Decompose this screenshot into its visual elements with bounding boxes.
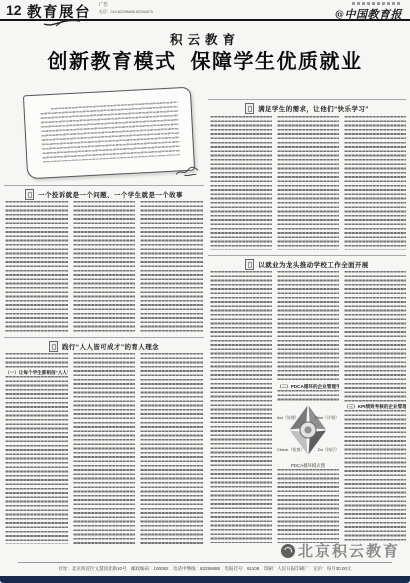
- body-text-block: [73, 201, 136, 333]
- jiyun-logo-icon: [281, 544, 295, 558]
- body-columns-right-2: （二）PDCA循环的企业管理手段 Act（处理） Plan（计划） Check（…: [210, 271, 406, 543]
- body-columns-right-1: [210, 116, 406, 250]
- text-column: [210, 116, 272, 250]
- pdca-caption: PDCA循环模式图: [277, 462, 339, 469]
- text-column: （二）PDCA循环的企业管理手段 Act（处理） Plan（计划） Check（…: [277, 271, 339, 543]
- body-text-block: [210, 271, 272, 543]
- body-text-block: [5, 376, 68, 544]
- brand-logo: @中国教育报: [335, 6, 402, 22]
- pdca-act-label: Act（处理）: [277, 415, 299, 421]
- watermark: 北京积云教育: [281, 540, 400, 561]
- text-column: [140, 353, 203, 544]
- body-columns-left-1: [5, 201, 203, 333]
- section-seal-icon: [245, 259, 254, 270]
- bottom-edge-bar: [0, 576, 410, 583]
- section-seal-icon: [245, 103, 254, 114]
- body-text-block: [277, 271, 339, 383]
- pdca-cycle-diagram: Act（处理） Plan（计划） Check（检查） Do（执行）: [277, 402, 339, 462]
- body-text-block: [277, 390, 339, 402]
- letter-photo: [23, 87, 195, 180]
- underline-swoosh-icon: [42, 16, 82, 28]
- headline-title-left: 创新教育模式: [48, 51, 177, 73]
- ad-mark: 广告: [99, 2, 108, 8]
- footer-divider: [18, 562, 392, 563]
- pdca-do-label: Do（执行）: [318, 447, 339, 453]
- section-heading-right-1: 满足学生的需求，让他们“快乐学习”: [208, 99, 406, 114]
- section-heading-right-2: 以就业为龙头推动学校工作全面开展: [208, 255, 406, 270]
- section-title: 以就业为龙头推动学校工作全面开展: [258, 260, 368, 269]
- text-column: [140, 201, 203, 333]
- text-column: [344, 116, 406, 250]
- text-column: （三）KPI绩效考核的企业管理手段: [344, 271, 406, 543]
- text-column: [5, 201, 68, 333]
- body-text-block: [140, 353, 203, 544]
- section-seal-icon: [49, 341, 58, 352]
- body-text-block: [344, 271, 406, 403]
- section-heading-left-1: 一个投诉就是一个问题、一个学生就是一个故事: [4, 185, 204, 200]
- section-seal-icon: [25, 189, 34, 200]
- at-icon: @: [335, 10, 345, 20]
- contact-line: 电话：010-82296888 82296879: [99, 10, 153, 15]
- body-text-block: [5, 353, 68, 369]
- page-number: 12: [6, 2, 22, 18]
- text-column: [73, 201, 136, 333]
- body-text-block: [277, 116, 339, 250]
- footer-imprint: 社址：北京海淀区文慧园北路10号 邮政编码：100082 电话中继线：82296…: [0, 566, 410, 572]
- section-title: 践行“人人皆可成才”的育人理念: [62, 342, 159, 351]
- section-title: 一个投诉就是一个问题、一个学生就是一个故事: [38, 190, 183, 199]
- text-column: [73, 353, 136, 544]
- section-heading-left-2: 践行“人人皆可成才”的育人理念: [4, 337, 204, 352]
- section-title: 满足学生的需求，让他们“快乐学习”: [258, 104, 369, 113]
- body-text-block: [277, 469, 339, 543]
- pdca-check-label: Check（检查）: [277, 447, 304, 453]
- text-column: [210, 271, 272, 543]
- subitem-heading: （一）让每个学生都相信“人人皆可成才”: [5, 369, 68, 376]
- body-text-block: [344, 116, 406, 250]
- newspaper-page: 12 教育展台 广告 电话：010-82296888 82296879 @中国教…: [0, 0, 410, 583]
- letter-text-lines: [40, 101, 181, 162]
- masthead: 12 教育展台 广告 电话：010-82296888 82296879 @中国教…: [0, 0, 410, 21]
- watermark-text: 北京积云教育: [298, 540, 400, 561]
- body-text-block: [73, 353, 136, 544]
- body-text-block: [344, 410, 406, 543]
- signature-doodle-icon: [174, 161, 201, 178]
- pdca-plan-label: Plan（计划）: [315, 415, 339, 421]
- body-columns-left-2: （一）让每个学生都相信“人人皆可成才”: [5, 353, 203, 544]
- body-text-block: [5, 201, 68, 333]
- headline-title: 创新教育模式保障学生优质就业: [0, 45, 410, 74]
- text-column: [277, 116, 339, 250]
- headline-title-right: 保障学生优质就业: [191, 51, 363, 73]
- subitem-heading: （三）KPI绩效考核的企业管理手段: [344, 403, 406, 410]
- subitem-heading: （二）PDCA循环的企业管理手段: [277, 383, 339, 390]
- text-column: （一）让每个学生都相信“人人皆可成才”: [5, 353, 68, 544]
- brand-name: 中国教育报: [345, 8, 403, 21]
- body-text-block: [140, 201, 203, 333]
- body-text-block: [210, 116, 272, 250]
- brand-small-print: [352, 2, 400, 5]
